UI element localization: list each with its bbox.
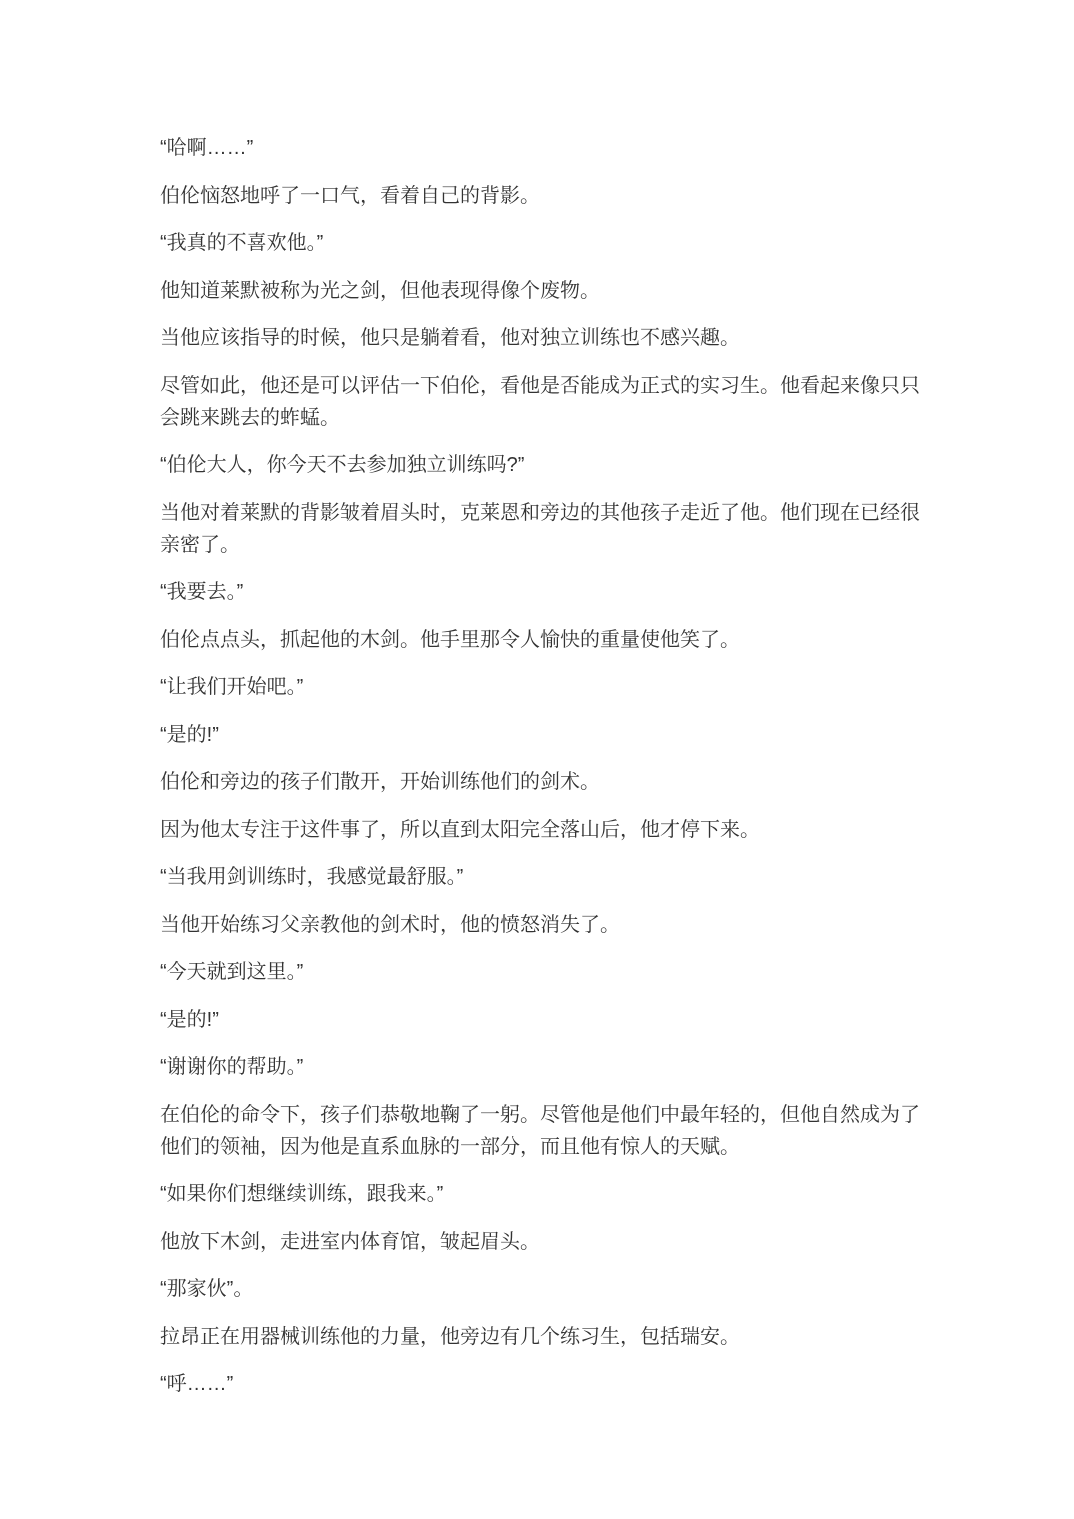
paragraph: “今天就到这里。”: [160, 956, 920, 988]
paragraph: 他放下木剑，走进室内体育馆，皱起眉头。: [160, 1226, 920, 1258]
paragraph: “如果你们想继续训练，跟我来。”: [160, 1178, 920, 1210]
paragraph: 他知道莱默被称为光之剑，但他表现得像个废物。: [160, 275, 920, 307]
paragraph: 当他对着莱默的背影皱着眉头时，克莱恩和旁边的其他孩子走近了他。他们现在已经很亲密…: [160, 497, 920, 561]
paragraph: 因为他太专注于这件事了，所以直到太阳完全落山后，他才停下来。: [160, 814, 920, 846]
paragraph: 当他开始练习父亲教他的剑术时，他的愤怒消失了。: [160, 909, 920, 941]
paragraph: 伯伦和旁边的孩子们散开，开始训练他们的剑术。: [160, 766, 920, 798]
paragraph: “哈啊……”: [160, 132, 920, 164]
paragraph: 拉昂正在用器械训练他的力量，他旁边有几个练习生，包括瑞安。: [160, 1321, 920, 1353]
paragraph: “让我们开始吧。”: [160, 671, 920, 703]
paragraph: 伯伦恼怒地呼了一口气，看着自己的背影。: [160, 180, 920, 212]
paragraph: “谢谢你的帮助。”: [160, 1051, 920, 1083]
paragraph: 在伯伦的命令下，孩子们恭敬地鞠了一躬。尽管他是他们中最年轻的，但他自然成为了他们…: [160, 1099, 920, 1163]
paragraph: “伯伦大人，你今天不去参加独立训练吗?”: [160, 449, 920, 481]
paragraph: “那家伙”。: [160, 1273, 920, 1305]
paragraph: “当我用剑训练时，我感觉最舒服。”: [160, 861, 920, 893]
paragraph: 当他应该指导的时候，他只是躺着看，他对独立训练也不感兴趣。: [160, 322, 920, 354]
paragraph: “是的!”: [160, 719, 920, 751]
paragraph: 尽管如此，他还是可以评估一下伯伦，看他是否能成为正式的实习生。他看起来像只只会跳…: [160, 370, 920, 434]
paragraph: “我要去。”: [160, 576, 920, 608]
paragraph: 伯伦点点头，抓起他的木剑。他手里那令人愉快的重量使他笑了。: [160, 624, 920, 656]
paragraph: “我真的不喜欢他。”: [160, 227, 920, 259]
document-page: “哈啊……” 伯伦恼怒地呼了一口气，看着自己的背影。 “我真的不喜欢他。” 他知…: [160, 132, 920, 1416]
paragraph: “是的!”: [160, 1004, 920, 1036]
paragraph: “呼……”: [160, 1368, 920, 1400]
